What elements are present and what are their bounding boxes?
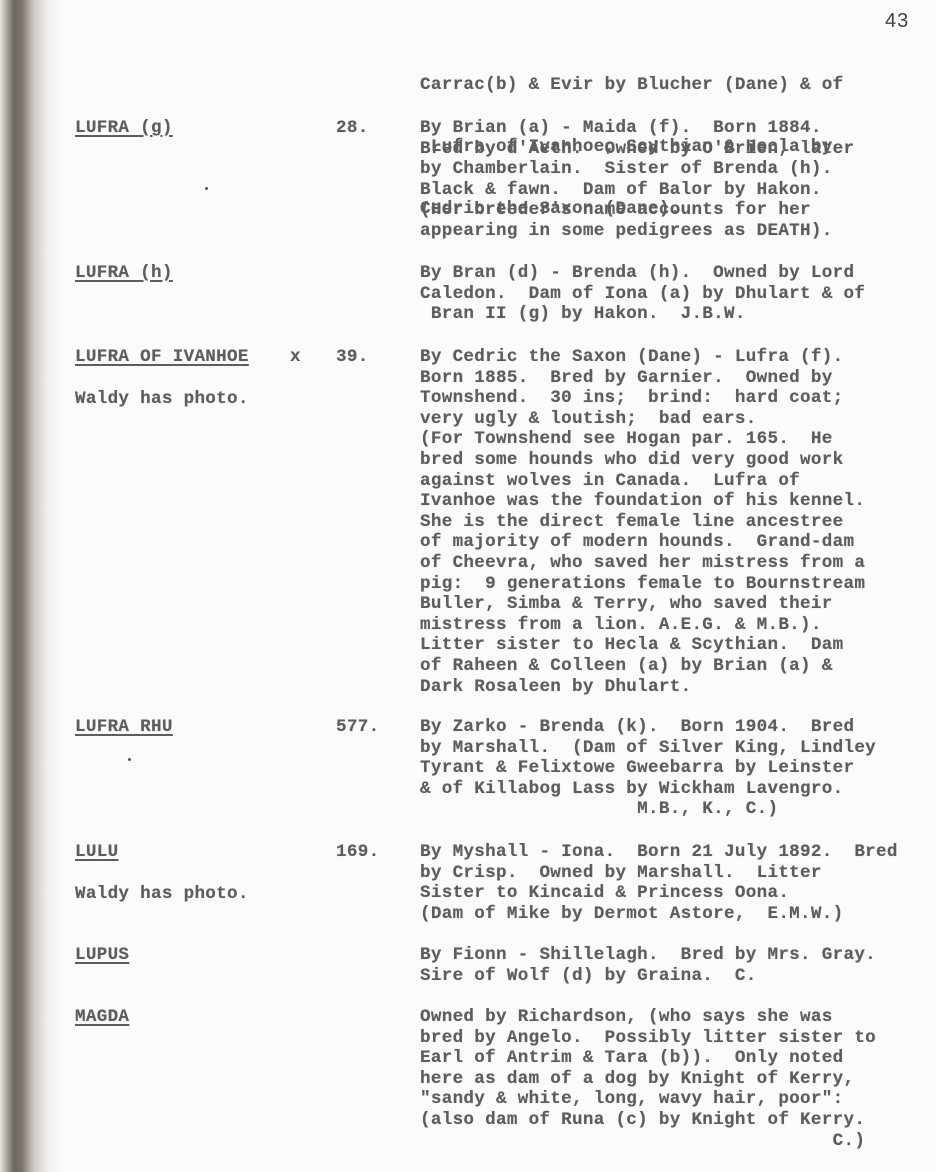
text-line: mistress from a lion. A.E.G. & M.B.). (420, 615, 865, 636)
text-line: of Raheen & Colleen (a) by Brian (a) & (420, 656, 865, 677)
entry-name: LUFRA (h) (75, 263, 173, 284)
text-line: bred some hounds who did very good work (420, 450, 865, 471)
entry-number: 169. (336, 842, 379, 863)
text-line: appearing in some pedigrees as DEATH). (420, 221, 854, 242)
text-line: Born 1885. Bred by Garnier. Owned by (420, 368, 865, 389)
text-line: "sandy & white, long, wavy hair, poor": (420, 1089, 876, 1110)
text-line: By Zarko - Brenda (k). Born 1904. Bred (420, 717, 876, 738)
entry-name: LUFRA RHU (75, 717, 173, 738)
entry-name: LULU (75, 842, 118, 863)
book-binding-shadow (0, 0, 62, 1172)
entry-name: LUFRA (g) (75, 118, 173, 139)
text-line: Dark Rosaleen by Dhulart. (420, 677, 865, 698)
text-line: By Brian (a) - Maida (f). Born 1884. (420, 118, 854, 139)
text-line: (Dam of Mike by Dermot Astore, E.M.W.) (420, 904, 898, 925)
entry-description: By Cedric the Saxon (Dane) - Lufra (f).B… (420, 347, 865, 697)
ink-speck (128, 758, 131, 761)
entry-note: Waldy has photo. (75, 389, 249, 410)
entry-description: By Fionn - Shillelagh. Bred by Mrs. Gray… (420, 945, 876, 986)
text-line: Owned by Richardson, (who says she was (420, 1007, 876, 1028)
page-number: 43 (885, 10, 909, 33)
photo-marker: x (290, 347, 301, 368)
ink-speck (205, 187, 208, 190)
entry-name: LUFRA OF IVANHOE (75, 347, 249, 368)
entry-description: By Brian (a) - Maida (f). Born 1884.Bred… (420, 118, 854, 242)
text-line: by Crisp. Owned by Marshall. Litter (420, 863, 898, 884)
entry-description: By Myshall - Iona. Born 21 July 1892. Br… (420, 842, 898, 924)
text-line: Bred by d'Aeth. Owned by O'Brien, later (420, 139, 854, 160)
text-line: against wolves in Canada. Lufra of (420, 471, 865, 492)
text-line: (Her breeder's name accounts for her (420, 200, 854, 221)
entry-note: Waldy has photo. (75, 884, 249, 905)
text-line: Caledon. Dam of Iona (a) by Dhulart & of (420, 284, 865, 305)
text-line: pig: 9 generations female to Bournstream (420, 574, 865, 595)
entry-number: 28. (336, 118, 369, 139)
text-line: C.) (420, 1131, 876, 1152)
text-line: Carrac(b) & Evir by Blucher (Dane) & of (420, 75, 843, 96)
text-line: of Cheevra, who saved her mistress from … (420, 553, 865, 574)
text-line: bred by Angelo. Possibly litter sister t… (420, 1028, 876, 1049)
text-line: very ugly & loutish; bad ears. (420, 409, 865, 430)
text-line: Townshend. 30 ins; brind: hard coat; (420, 388, 865, 409)
text-line: Buller, Simba & Terry, who saved their (420, 594, 865, 615)
text-line: (For Townshend see Hogan par. 165. He (420, 429, 865, 450)
text-line: Sister to Kincaid & Princess Oona. (420, 883, 898, 904)
text-line: Ivanhoe was the foundation of his kennel… (420, 491, 865, 512)
text-line: Bran II (g) by Hakon. J.B.W. (420, 304, 865, 325)
text-line: by Marshall. (Dam of Silver King, Lindle… (420, 738, 876, 759)
entry-name: MAGDA (75, 1007, 129, 1028)
text-line: by Chamberlain. Sister of Brenda (h). (420, 159, 854, 180)
entry-number: 39. (336, 347, 369, 368)
text-line: Earl of Antrim & Tara (b)). Only noted (420, 1048, 876, 1069)
text-line: Tyrant & Felixtowe Gweebarra by Leinster (420, 758, 876, 779)
text-line: She is the direct female line ancestree (420, 512, 865, 533)
text-line: Sire of Wolf (d) by Graina. C. (420, 966, 876, 987)
entry-description: Owned by Richardson, (who says she wasbr… (420, 1007, 876, 1151)
entry-name: LUPUS (75, 945, 129, 966)
text-line: By Myshall - Iona. Born 21 July 1892. Br… (420, 842, 898, 863)
text-line: By Cedric the Saxon (Dane) - Lufra (f). (420, 347, 865, 368)
entry-description: By Bran (d) - Brenda (h). Owned by LordC… (420, 263, 865, 325)
text-line: By Bran (d) - Brenda (h). Owned by Lord (420, 263, 865, 284)
text-line: M.B., K., C.) (420, 799, 876, 820)
text-line: (also dam of Runa (c) by Knight of Kerry… (420, 1110, 876, 1131)
text-line: By Fionn - Shillelagh. Bred by Mrs. Gray… (420, 945, 876, 966)
text-line: Litter sister to Hecla & Scythian. Dam (420, 635, 865, 656)
text-line: here as dam of a dog by Knight of Kerry, (420, 1069, 876, 1090)
text-line: of majority of modern hounds. Grand-dam (420, 532, 865, 553)
text-line: Black & fawn. Dam of Balor by Hakon. (420, 180, 854, 201)
text-line: & of Killabog Lass by Wickham Lavengro. (420, 779, 876, 800)
entry-description: By Zarko - Brenda (k). Born 1904. Bredby… (420, 717, 876, 820)
entry-number: 577. (336, 717, 379, 738)
